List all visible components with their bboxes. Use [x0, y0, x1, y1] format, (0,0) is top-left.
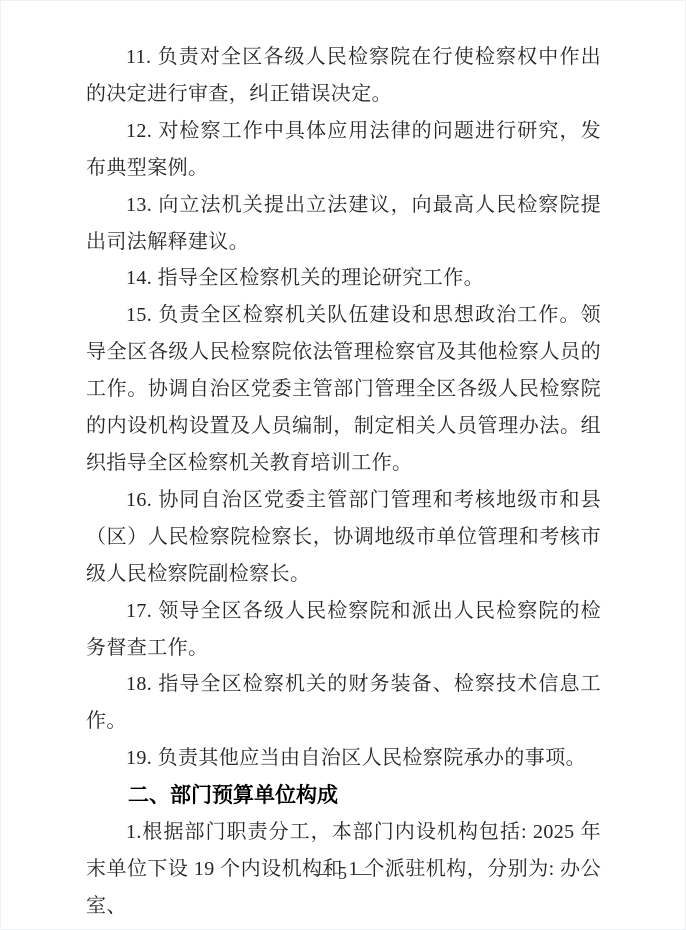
paragraph-item-16: 16. 协同自治区党委主管部门管理和考核地级市和县（区）人民检察院检察长，协调地…	[86, 482, 601, 593]
section-heading-budget-unit-composition: 二、部门预算单位构成	[86, 777, 601, 814]
document-content: 11. 负责对全区各级人民检察院在行使检察权中作出的决定进行审查，纠正错误决定。…	[86, 39, 601, 925]
paragraph-item-19: 19. 负责其他应当由自治区人民检察院承办的事项。	[86, 740, 601, 777]
paragraph-item-12: 12. 对检察工作中具体应用法律的问题进行研究，发布典型案例。	[86, 113, 601, 187]
paragraph-item-17: 17. 领导全区各级人民检察院和派出人民检察院的检务督查工作。	[86, 593, 601, 667]
paragraph-item-13: 13. 向立法机关提出立法建议，向最高人民检察院提出司法解释建议。	[86, 187, 601, 261]
document-page: 11. 负责对全区各级人民检察院在行使检察权中作出的决定进行审查，纠正错误决定。…	[0, 0, 686, 930]
paragraph-item-15: 15. 负责全区检察机关队伍建设和思想政治工作。领导全区各级人民检察院依法管理检…	[86, 297, 601, 482]
page-number: — 5 —	[1, 863, 685, 884]
paragraph-item-18: 18. 指导全区检察机关的财务装备、检察技术信息工作。	[86, 666, 601, 740]
paragraph-item-14: 14. 指导全区检察机关的理论研究工作。	[86, 260, 601, 297]
paragraph-item-11: 11. 负责对全区各级人民检察院在行使检察权中作出的决定进行审查，纠正错误决定。	[86, 39, 601, 113]
